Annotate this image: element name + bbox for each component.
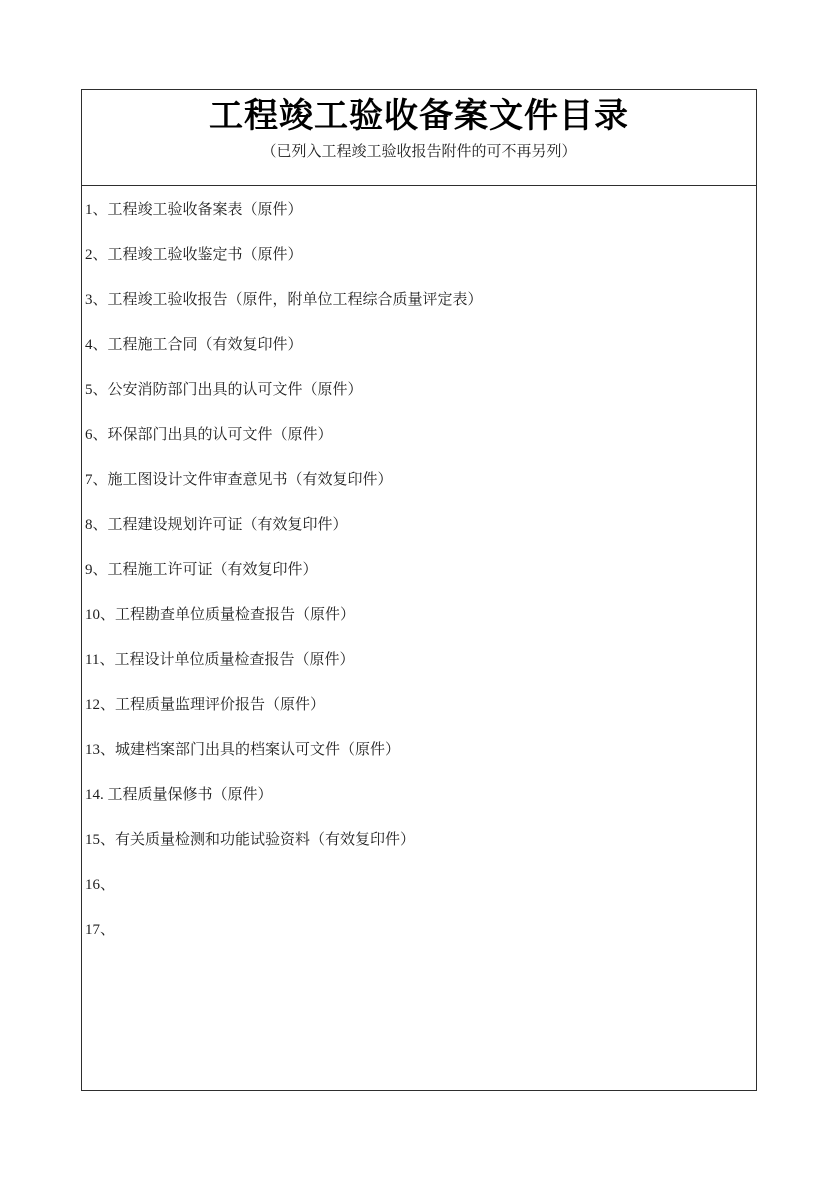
list-item: 13、城建档案部门出具的档案认可文件（原件） [85,728,750,773]
list-item: 12、工程质量监理评价报告（原件） [85,683,750,728]
list-item: 9、工程施工许可证（有效复印件） [85,548,750,593]
list-item: 10、工程勘查单位质量检查报告（原件） [85,593,750,638]
document-box: 工程竣工验收备案文件目录 （已列入工程竣工验收报告附件的可不再另列） 1、工程竣… [81,89,757,1091]
page: 工程竣工验收备案文件目录 （已列入工程竣工验收报告附件的可不再另列） 1、工程竣… [0,0,838,1186]
list-item: 6、环保部门出具的认可文件（原件） [85,413,750,458]
list-item: 14. 工程质量保修书（原件） [85,773,750,818]
list-item: 15、有关质量检测和功能试验资料（有效复印件） [85,818,750,863]
list-item: 5、公安消防部门出具的认可文件（原件） [85,368,750,413]
list-item: 8、工程建设规划许可证（有效复印件） [85,503,750,548]
list-item: 7、施工图设计文件审查意见书（有效复印件） [85,458,750,503]
list-item: 2、工程竣工验收鉴定书（原件） [85,233,750,278]
list-item: 11、工程设计单位质量检查报告（原件） [85,638,750,683]
list-item: 1、工程竣工验收备案表（原件） [85,188,750,233]
document-header: 工程竣工验收备案文件目录 （已列入工程竣工验收报告附件的可不再另列） [82,90,756,186]
document-subtitle: （已列入工程竣工验收报告附件的可不再另列） [82,143,756,162]
list-item: 4、工程施工合同（有效复印件） [85,323,750,368]
list-item: 3、工程竣工验收报告（原件，附单位工程综合质量评定表） [85,278,750,323]
list-item: 16、 [85,863,750,908]
document-title: 工程竣工验收备案文件目录 [82,95,756,139]
file-list: 1、工程竣工验收备案表（原件）2、工程竣工验收鉴定书（原件）3、工程竣工验收报告… [82,186,756,953]
list-item: 17、 [85,908,750,953]
